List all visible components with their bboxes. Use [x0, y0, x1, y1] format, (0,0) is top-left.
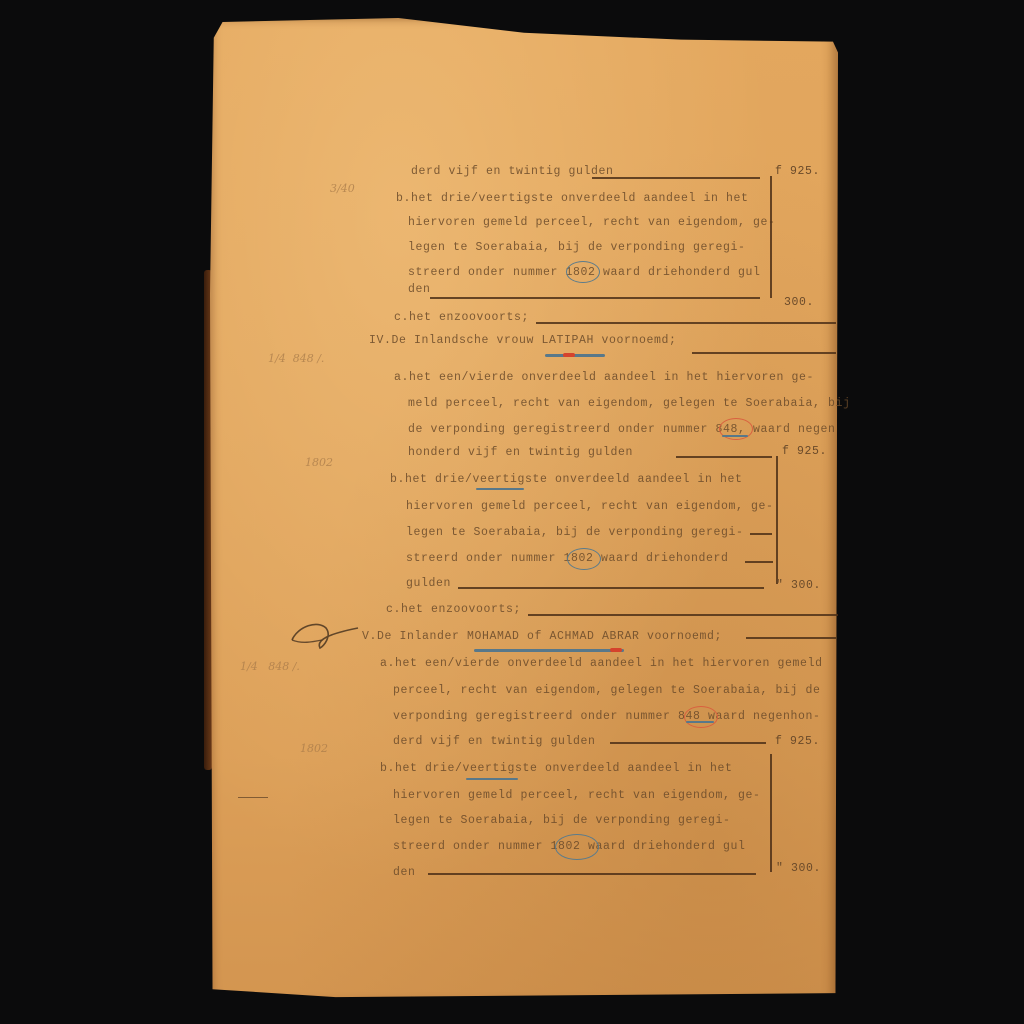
text-line: legen te Soerabaia, bij de verponding ge…: [393, 814, 731, 827]
name-underline: [563, 353, 575, 357]
margin-dash: [238, 797, 268, 798]
margin-note: 3/40: [330, 182, 355, 195]
text-line: verponding geregistreerd onder nummer 84…: [393, 710, 821, 723]
text-line: c.het enzoovoorts;: [386, 603, 521, 616]
margin-note: 1/4 848 /.: [240, 660, 300, 673]
circled-number: [555, 834, 599, 860]
amount: f 925.: [782, 445, 827, 458]
name-underline: [545, 354, 605, 357]
bracket-rule: [770, 176, 772, 298]
text-line: hiervoren gemeld perceel, recht van eige…: [406, 500, 774, 513]
text-line: den: [408, 283, 431, 296]
fill-rule: [750, 533, 772, 535]
text-line: legen te Soerabaia, bij de verponding ge…: [406, 526, 744, 539]
text-line: gulden: [406, 577, 451, 590]
bracket-rule: [776, 456, 778, 584]
fill-rule: [536, 322, 836, 324]
text-line: c.het enzoovoorts;: [394, 311, 529, 324]
text-line: perceel, recht van eigendom, gelegen te …: [393, 684, 821, 697]
margin-note: 1/4 848 /.: [268, 352, 324, 365]
text-line: legen te Soerabaia, bij de verponding ge…: [408, 241, 746, 254]
text-line: b.het drie/veertigste onverdeeld aandeel…: [396, 192, 749, 205]
number-underline: [722, 435, 748, 437]
fill-rule: [592, 177, 760, 179]
text-line: meld perceel, recht van eigendom, gelege…: [408, 397, 851, 410]
text-line: derd vijf en twintig gulden: [393, 735, 596, 748]
amount: f 925.: [775, 165, 820, 178]
margin-note: 1802: [300, 742, 328, 755]
text-line: den: [393, 866, 416, 879]
circled-number: [684, 706, 718, 728]
section-heading: V.De Inlander MOHAMAD of ACHMAD ABRAR vo…: [362, 630, 722, 643]
word-underline: [466, 778, 518, 780]
text-line: hiervoren gemeld perceel, recht van eige…: [393, 789, 761, 802]
section-heading: IV.De Inlandsche vrouw LATIPAH voornoemd…: [369, 334, 677, 347]
amount: " 300.: [776, 862, 821, 875]
text-line: a.het een/vierde onverdeeld aandeel in h…: [394, 371, 814, 384]
circled-number: [567, 548, 601, 570]
text-line: hiervoren gemeld perceel, recht van eige…: [408, 216, 776, 229]
bracket-rule: [770, 754, 772, 872]
number-underline: [686, 721, 714, 723]
fill-rule: [676, 456, 772, 458]
text-line: de verponding geregistreerd onder nummer…: [408, 423, 836, 436]
fill-rule: [428, 873, 756, 875]
margin-note: 1802: [305, 456, 333, 469]
amount: f 925.: [775, 735, 820, 748]
text-line: honderd vijf en twintig gulden: [408, 446, 633, 459]
text-line: b.het drie/veertigste onverdeeld aandeel…: [380, 762, 733, 775]
fill-rule: [745, 561, 773, 563]
word-underline: [476, 488, 524, 490]
name-underline: [610, 648, 622, 652]
text-line: b.het drie/veertigste onverdeeld aandeel…: [390, 473, 743, 486]
fill-rule: [692, 352, 836, 354]
name-underline: [474, 649, 624, 652]
fill-rule: [610, 742, 766, 744]
amount: " 300.: [776, 579, 821, 592]
fill-rule: [528, 614, 838, 616]
amount: 300.: [784, 296, 814, 309]
fill-rule: [458, 587, 764, 589]
fill-rule: [746, 637, 836, 639]
fill-rule: [430, 297, 760, 299]
text-line: derd vijf en twintig gulden: [411, 165, 614, 178]
text-line: a.het een/vierde onverdeeld aandeel in h…: [380, 657, 823, 670]
check-mark-icon: [288, 618, 368, 654]
circled-number: [566, 261, 600, 283]
